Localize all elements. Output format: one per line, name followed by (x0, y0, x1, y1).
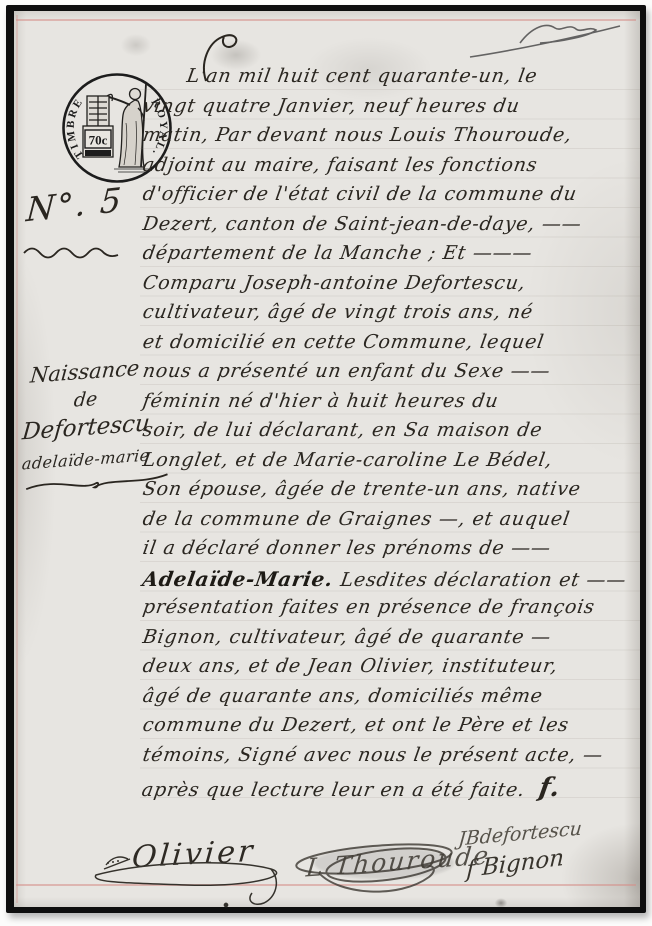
act-line: d'officier de l'état civil de la commune… (140, 183, 645, 213)
act-line: deux ans, et de Jean Olivier, instituteu… (140, 655, 645, 685)
act-line: adjoint au maire, faisant les fonctions (140, 154, 645, 184)
act-line: Lesdites déclaration et —— (339, 569, 628, 591)
act-line: Longlet, et de Marie-caroline Le Bédel, (140, 449, 645, 479)
act-line: soir, de lui déclarant, en Sa maison de (140, 419, 645, 449)
act-line: matin, Par devant nous Louis Thouroude, (140, 124, 645, 154)
ruling-line-vertical (16, 15, 18, 903)
act-line: Bignon, cultivateur, âgé de quarante — (140, 626, 645, 656)
pencil-scribble-icon (462, 13, 634, 63)
act-line: Dezert, canton de Saint-jean-de-daye, —— (140, 213, 645, 243)
act-line: et domicilié en cette Commune, lequel (140, 331, 645, 361)
act-line: témoins, Signé avec nous le présent acte… (140, 744, 645, 774)
act-line: Son épouse, âgée de trente-un ans, nativ… (140, 478, 645, 508)
act-line: cultivateur, âgé de vingt trois ans, né (140, 301, 645, 331)
act-line-closing: après que lecture leur en a été faite.f. (140, 773, 645, 803)
child-name: Adelaïde-Marie. (141, 567, 343, 591)
act-line: il a déclaré donner les prénoms de —— (140, 537, 645, 567)
act-line: de la commune de Graignes —, et auquel (140, 508, 645, 538)
closing-paraph: f. (537, 773, 563, 803)
act-line: vingt quatre Janvier, neuf heures du (140, 95, 645, 125)
document-page: TIMBRE ROYAL. 70c (14, 11, 640, 907)
act-line: après que lecture leur en a été faite. (140, 779, 526, 801)
act-line-child-name: Adelaïde-Marie. Lesdites déclaration et … (140, 567, 645, 597)
scan-frame: TIMBRE ROYAL. 70c (6, 5, 646, 913)
stamp-denomination-box: 70c (85, 130, 111, 156)
act-line: présentation faites en présence de franç… (140, 596, 645, 626)
act-line: Comparu Joseph-antoine Defortescu, (140, 272, 645, 302)
act-line: département de la Manche ; Et ——— (140, 242, 645, 272)
act-line: commune du Dezert, et ont le Père et les (140, 714, 645, 744)
act-line: âgé de quarante ans, domiciliés même (140, 685, 645, 715)
act-number: N°. 5 (25, 180, 125, 230)
act-line: féminin né d'hier à huit heures du (140, 390, 645, 420)
act-line: L'an mil huit cent quarante-un, le (140, 65, 645, 95)
act-text: L'an mil huit cent quarante-un, le vingt… (140, 65, 640, 803)
act-line: nous a présenté un enfant du Sexe —— (140, 360, 645, 390)
stamp-denomination: 70c (89, 133, 108, 148)
act-number-underline-icon (22, 243, 122, 261)
